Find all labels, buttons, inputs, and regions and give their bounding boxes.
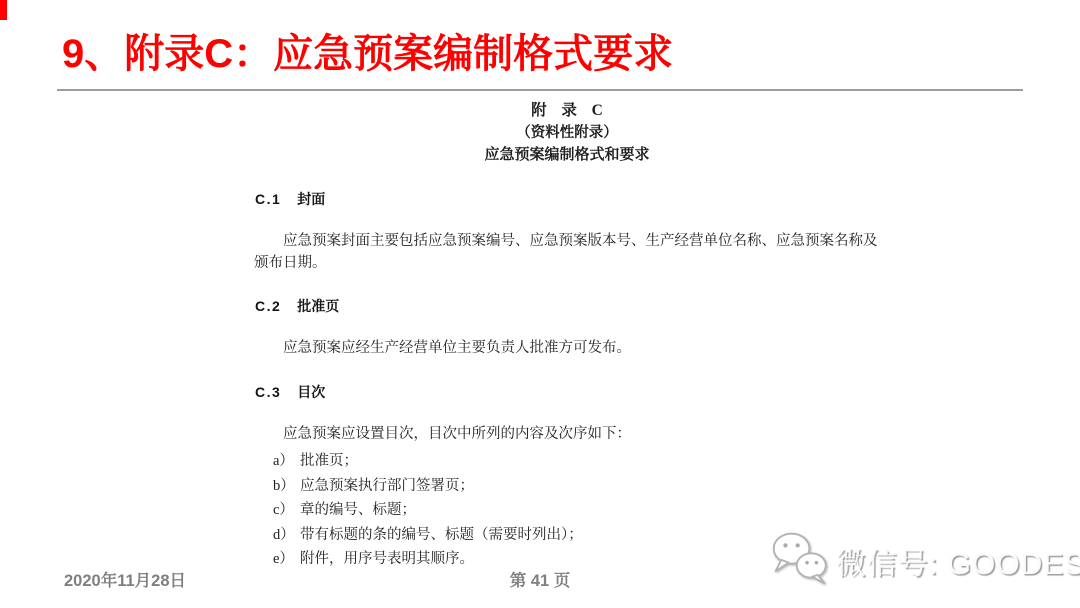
section-heading-c3: C.3目次	[255, 384, 880, 401]
slide-title: 9、附录C：应急预案编制格式要求	[62, 22, 673, 79]
section-number: C.2	[255, 298, 281, 314]
toc-item-marker: b）	[273, 474, 300, 499]
wechat-icon	[770, 528, 830, 593]
section-heading-c2: C.2批准页	[255, 298, 880, 315]
corner-accent	[0, 0, 7, 20]
document-heading: 附 录 C （资料性附录） 应急预案编制格式和要求	[254, 100, 880, 166]
section-title: 目次	[297, 384, 325, 400]
section-number: C.3	[255, 384, 281, 400]
toc-item-text: 附件，用序号表明其顺序。	[300, 551, 474, 567]
section-paragraph-c2: 应急预案应经生产经营单位主要负责人批准方可发布。	[254, 338, 880, 360]
doc-heading-line2: （资料性附录）	[254, 122, 880, 144]
document-page: 附 录 C （资料性附录） 应急预案编制格式和要求 C.1封面 应急预案封面主要…	[254, 100, 880, 572]
toc-item-marker: c）	[273, 498, 300, 523]
title-divider	[57, 89, 1023, 91]
section-paragraph-c3: 应急预案应设置目次，目次中所列的内容及次序如下：	[254, 424, 880, 446]
doc-heading-line3: 应急预案编制格式和要求	[254, 144, 880, 166]
toc-item-text: 章的编号、标题；	[300, 502, 416, 518]
toc-item-marker: a）	[273, 449, 300, 474]
watermark-text: 微信号: GOODESH	[836, 539, 1080, 583]
watermark: 微信号: GOODESH	[770, 528, 1080, 593]
section-heading-c1: C.1封面	[255, 191, 880, 208]
toc-item-marker: d）	[273, 523, 300, 548]
toc-item-b: b）应急预案执行部门签署页；	[254, 474, 880, 499]
section-number: C.1	[255, 191, 281, 207]
toc-item-a: a）批准页；	[254, 449, 880, 474]
toc-item-c: c）章的编号、标题；	[254, 498, 880, 523]
section-paragraph-c1: 应急预案封面主要包括应急预案编号、应急预案版本号、生产经营单位名称、应急预案名称…	[254, 231, 880, 274]
section-title: 封面	[297, 191, 325, 207]
section-title: 批准页	[297, 298, 339, 314]
toc-item-text: 应急预案执行部门签署页；	[300, 478, 474, 494]
doc-heading-line1: 附 录 C	[254, 100, 880, 122]
toc-item-text: 带有标题的条的编号、标题（需要时列出）；	[300, 527, 583, 543]
toc-item-text: 批准页；	[300, 453, 358, 469]
